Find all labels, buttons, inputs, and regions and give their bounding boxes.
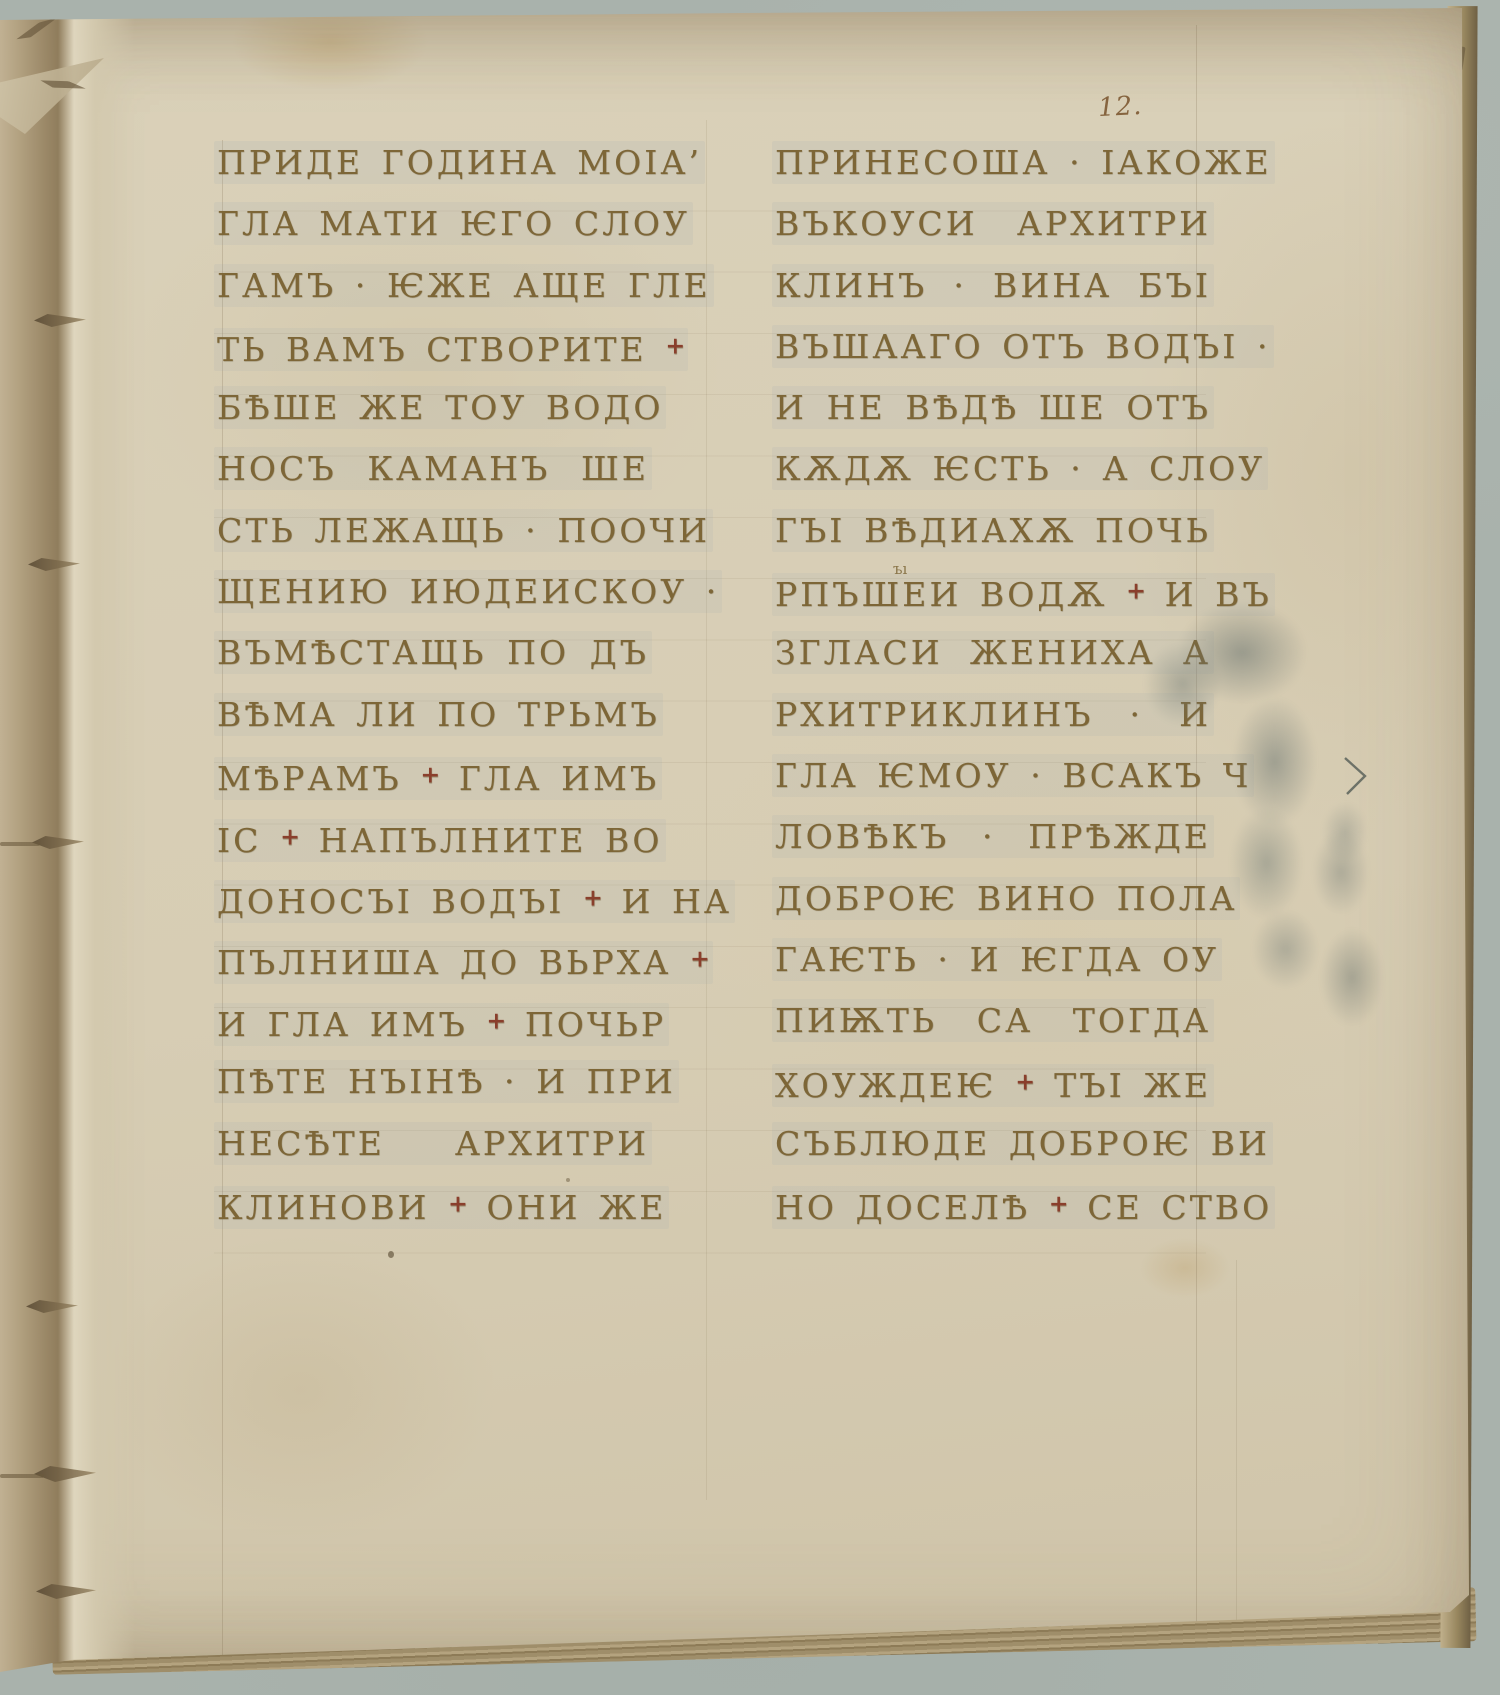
manuscript-line: ПИѬТЬ СА ТОГДА — [772, 990, 1214, 1051]
manuscript-line: БѢШЕ ЖЕ ТОУ ВОДО — [214, 377, 652, 438]
rubric-cross: + — [1015, 1067, 1035, 1095]
binding-gutter — [0, 0, 135, 1695]
manuscript-line: СТЬ ЛЕЖАЩЬ · ПООЧИ — [214, 500, 652, 561]
manuscript-page: ПРИДЕ ГОДИНА МОІА’ ГЛА МАТИ ѤГО СЛОУ ГАМ… — [0, 0, 1500, 1695]
manuscript-line: ДОНОСЪІ ВОДЪІ + И НА — [214, 868, 652, 929]
manuscript-line: ПРИНЕСОША · ІАКОЖЕ — [772, 132, 1214, 193]
manuscript-line: НОСЪ КАМАНЪ ШЕ — [214, 438, 652, 499]
ruling-line-center — [706, 120, 707, 1500]
ink-speck — [388, 1251, 394, 1258]
manuscript-line: ІС + НАПЪЛНИТЕ ВО — [214, 806, 652, 867]
ruling-line-right-outer — [1236, 1260, 1237, 1645]
manuscript-line: ГЪІ ВѢДИАХѪ ПОЧЬ — [772, 500, 1214, 561]
manuscript-line: КЛИНЪ · ВИНА БЪІ — [772, 255, 1214, 316]
manuscript-line: ПРИДЕ ГОДИНА МОІА’ — [214, 132, 652, 193]
rubric-cross: + — [280, 822, 300, 850]
rubric-cross: + — [665, 332, 685, 360]
ink-stain-lower — [1286, 820, 1396, 1030]
rubric-cross: + — [690, 945, 710, 973]
manuscript-line: ВЪМѢСТАЩЬ ПО ДЪ — [214, 622, 652, 683]
manuscript-line: КЛИНОВИ + ОНИ ЖЕ — [214, 1174, 652, 1235]
folio-number: 12. — [1097, 91, 1143, 123]
manuscript-line: НЕСѢТЕ АРХИТРИ — [214, 1113, 652, 1174]
manuscript-line: ТЬ ВАМЪ СТВОРИТЕ + — [214, 316, 652, 377]
ink-speck — [566, 1178, 570, 1182]
manuscript-line: ПЪЛНИША ДО ВЬРХА + — [214, 929, 652, 990]
manuscript-line: СЪБЛЮДЕ ДОБРОѤ ВИ — [772, 1113, 1214, 1174]
manuscript-line: ЩЕНИЮ ИЮДЕИСКОУ · — [214, 561, 652, 622]
manuscript-line: ГЛА МАТИ ѤГО СЛОУ — [214, 193, 652, 254]
manuscript-line: ПѢТЕ НЪІНѢ · И ПРИ — [214, 1051, 652, 1112]
manuscript-line: ВѢМА ЛИ ПО ТРЬМЪ — [214, 684, 652, 745]
manuscript-line: КѪДѪ ѤСТЬ · А СЛОУ — [772, 438, 1214, 499]
manuscript-line: МѢРАМЪ + ГЛА ИМЪ — [214, 745, 652, 806]
rubric-cross: + — [486, 1006, 506, 1034]
text-column-left: ПРИДЕ ГОДИНА МОІА’ ГЛА МАТИ ѤГО СЛОУ ГАМ… — [214, 132, 652, 1235]
rubric-cross: + — [420, 761, 440, 789]
manuscript-line: ХОУЖДЕѤ + ТЪІ ЖЕ — [772, 1051, 1214, 1112]
manuscript-line: И НЕ ВѢДѢ ШЕ ОТЪ — [772, 377, 1214, 438]
rubric-cross: + — [1049, 1190, 1069, 1218]
manuscript-line: ГАМЪ · ѤЖЕ АЩЕ ГЛЕ — [214, 255, 652, 316]
interlinear-correction: ъı — [893, 560, 907, 578]
sewing-thread — [0, 842, 40, 846]
sewing-thread — [0, 1474, 44, 1478]
photograph-background: ПРИДЕ ГОДИНА МОІА’ ГЛА МАТИ ѤГО СЛОУ ГАМ… — [0, 0, 1500, 1695]
rubric-cross: + — [448, 1190, 468, 1218]
manuscript-line: НО ДОСЕЛѢ + СЕ СТВО — [772, 1174, 1214, 1235]
chevron-mark — [1340, 754, 1370, 798]
manuscript-line: ВЪШААГО ОТЪ ВОДЪІ · — [772, 316, 1214, 377]
manuscript-line: И ГЛА ИМЪ + ПОЧЬР — [214, 990, 652, 1051]
rubric-cross: + — [583, 884, 603, 912]
manuscript-line: ВЪКОУСИ АРХИТРИ — [772, 193, 1214, 254]
